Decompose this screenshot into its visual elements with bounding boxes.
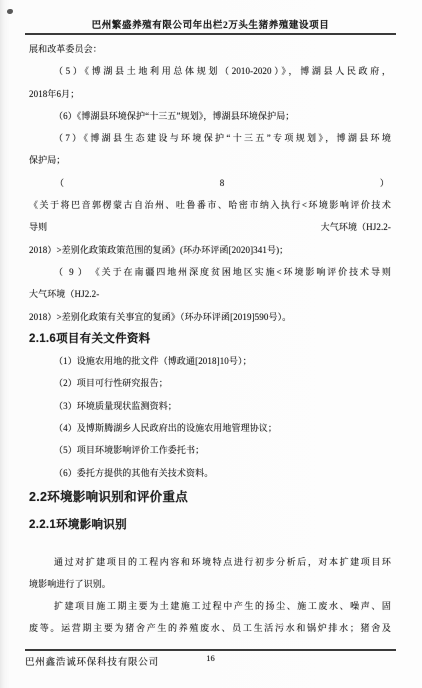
text-line: （2）项目可行性研究报告； [29,372,391,394]
text-line: （5）项目环境影响评价工作委托书； [29,439,391,461]
section-heading-2-2-1: 2.2.1环境影响识别 [29,514,391,536]
document-title: 巴州繁盛养殖有限公司年出栏2万头生猪养殖建设项目 [25,17,396,31]
text-line: （7）《博湖县生态建设与环境保护“十三五”专项规划》，博湖县环境 [29,127,391,149]
text-line: 大气环境（HJ2.2- [29,283,391,305]
scan-artifact [7,9,13,14]
text-line: 展和改革委员会： [29,38,391,60]
page-footer: 巴州鑫浩诚环保科技有限公司 16 [25,649,396,671]
text-line: （3）环境质量现状监测资料； [29,395,391,417]
text-line: （6）《博湖县环境保护“十三五”规划》，博湖县环境保护局； [29,105,391,127]
text-fragment: 8 [220,172,225,194]
text-fragment: 导则 [29,216,47,238]
text-line: 保护局； [29,149,391,171]
section-heading-2-2: 2.2环境影响识别和评价重点 [29,486,391,508]
text-line: （1）设施农用地的批文件（博政通[2018]10号）； [29,350,391,372]
text-line: 通过对扩建项目的工程内容和环境特点进行初步分析后，对本扩建项目环 [29,551,391,573]
text-line: 2018年6月； [29,83,391,105]
text-line: 2018）>差别化政策政策范围的复函》(环办环评函[2020]341号)； [29,239,391,261]
text-fragment: 大气环境（HJ2.2- [321,216,391,238]
page-number: 16 [25,653,396,663]
text-line: （4）及博斯腾湖乡人民政府出的设施农用地管理协议； [29,417,391,439]
text-line: （5）《博湖县土地利用总体规划（2010-2020）》，博湖县人民政府， [29,60,391,82]
text-line: （6）委托方提供的其他有关技术资料。 [29,462,391,484]
text-line: （ 9 ） 《关于在南疆四地州深度贫困地区实施<环境影响评价技术导则 [29,261,391,283]
text-fragment: （ [55,172,64,194]
document-page: 巴州繁盛养殖有限公司年出栏2万头生猪养殖建设项目 展和改革委员会： （5）《博湖… [0,0,422,688]
text-fragment: ） [380,172,389,194]
text-line: 《关于将巴音郭楞蒙古自治州、吐鲁番市、哈密市纳入执行<环境影响评价技术 [29,194,391,216]
section-heading-2-1-6: 2.1.6项目有关文件资料 [29,328,391,350]
text-line: 导则 大气环境（HJ2.2- [29,216,391,238]
text-line: 废等。运营期主要为猪舍产生的养殖废水、员工生活污水和锅炉排水；猪舍及 [29,617,391,639]
document-body: 展和改革委员会： （5）《博湖县土地利用总体规划（2010-2020）》，博湖县… [29,38,391,640]
text-line: 境影响进行了识别。 [29,573,391,595]
text-line: 扩建项目施工期主要为土建施工过程中产生的扬尘、施工废水、噪声、固 [29,595,391,617]
page-header: 巴州繁盛养殖有限公司年出栏2万头生猪养殖建设项目 [25,0,396,35]
text-line: 2018）>差别化政策有关事宜的复函》（环办环评函[2019]590号）。 [29,306,391,328]
text-line: （ 8 ） [29,172,391,194]
